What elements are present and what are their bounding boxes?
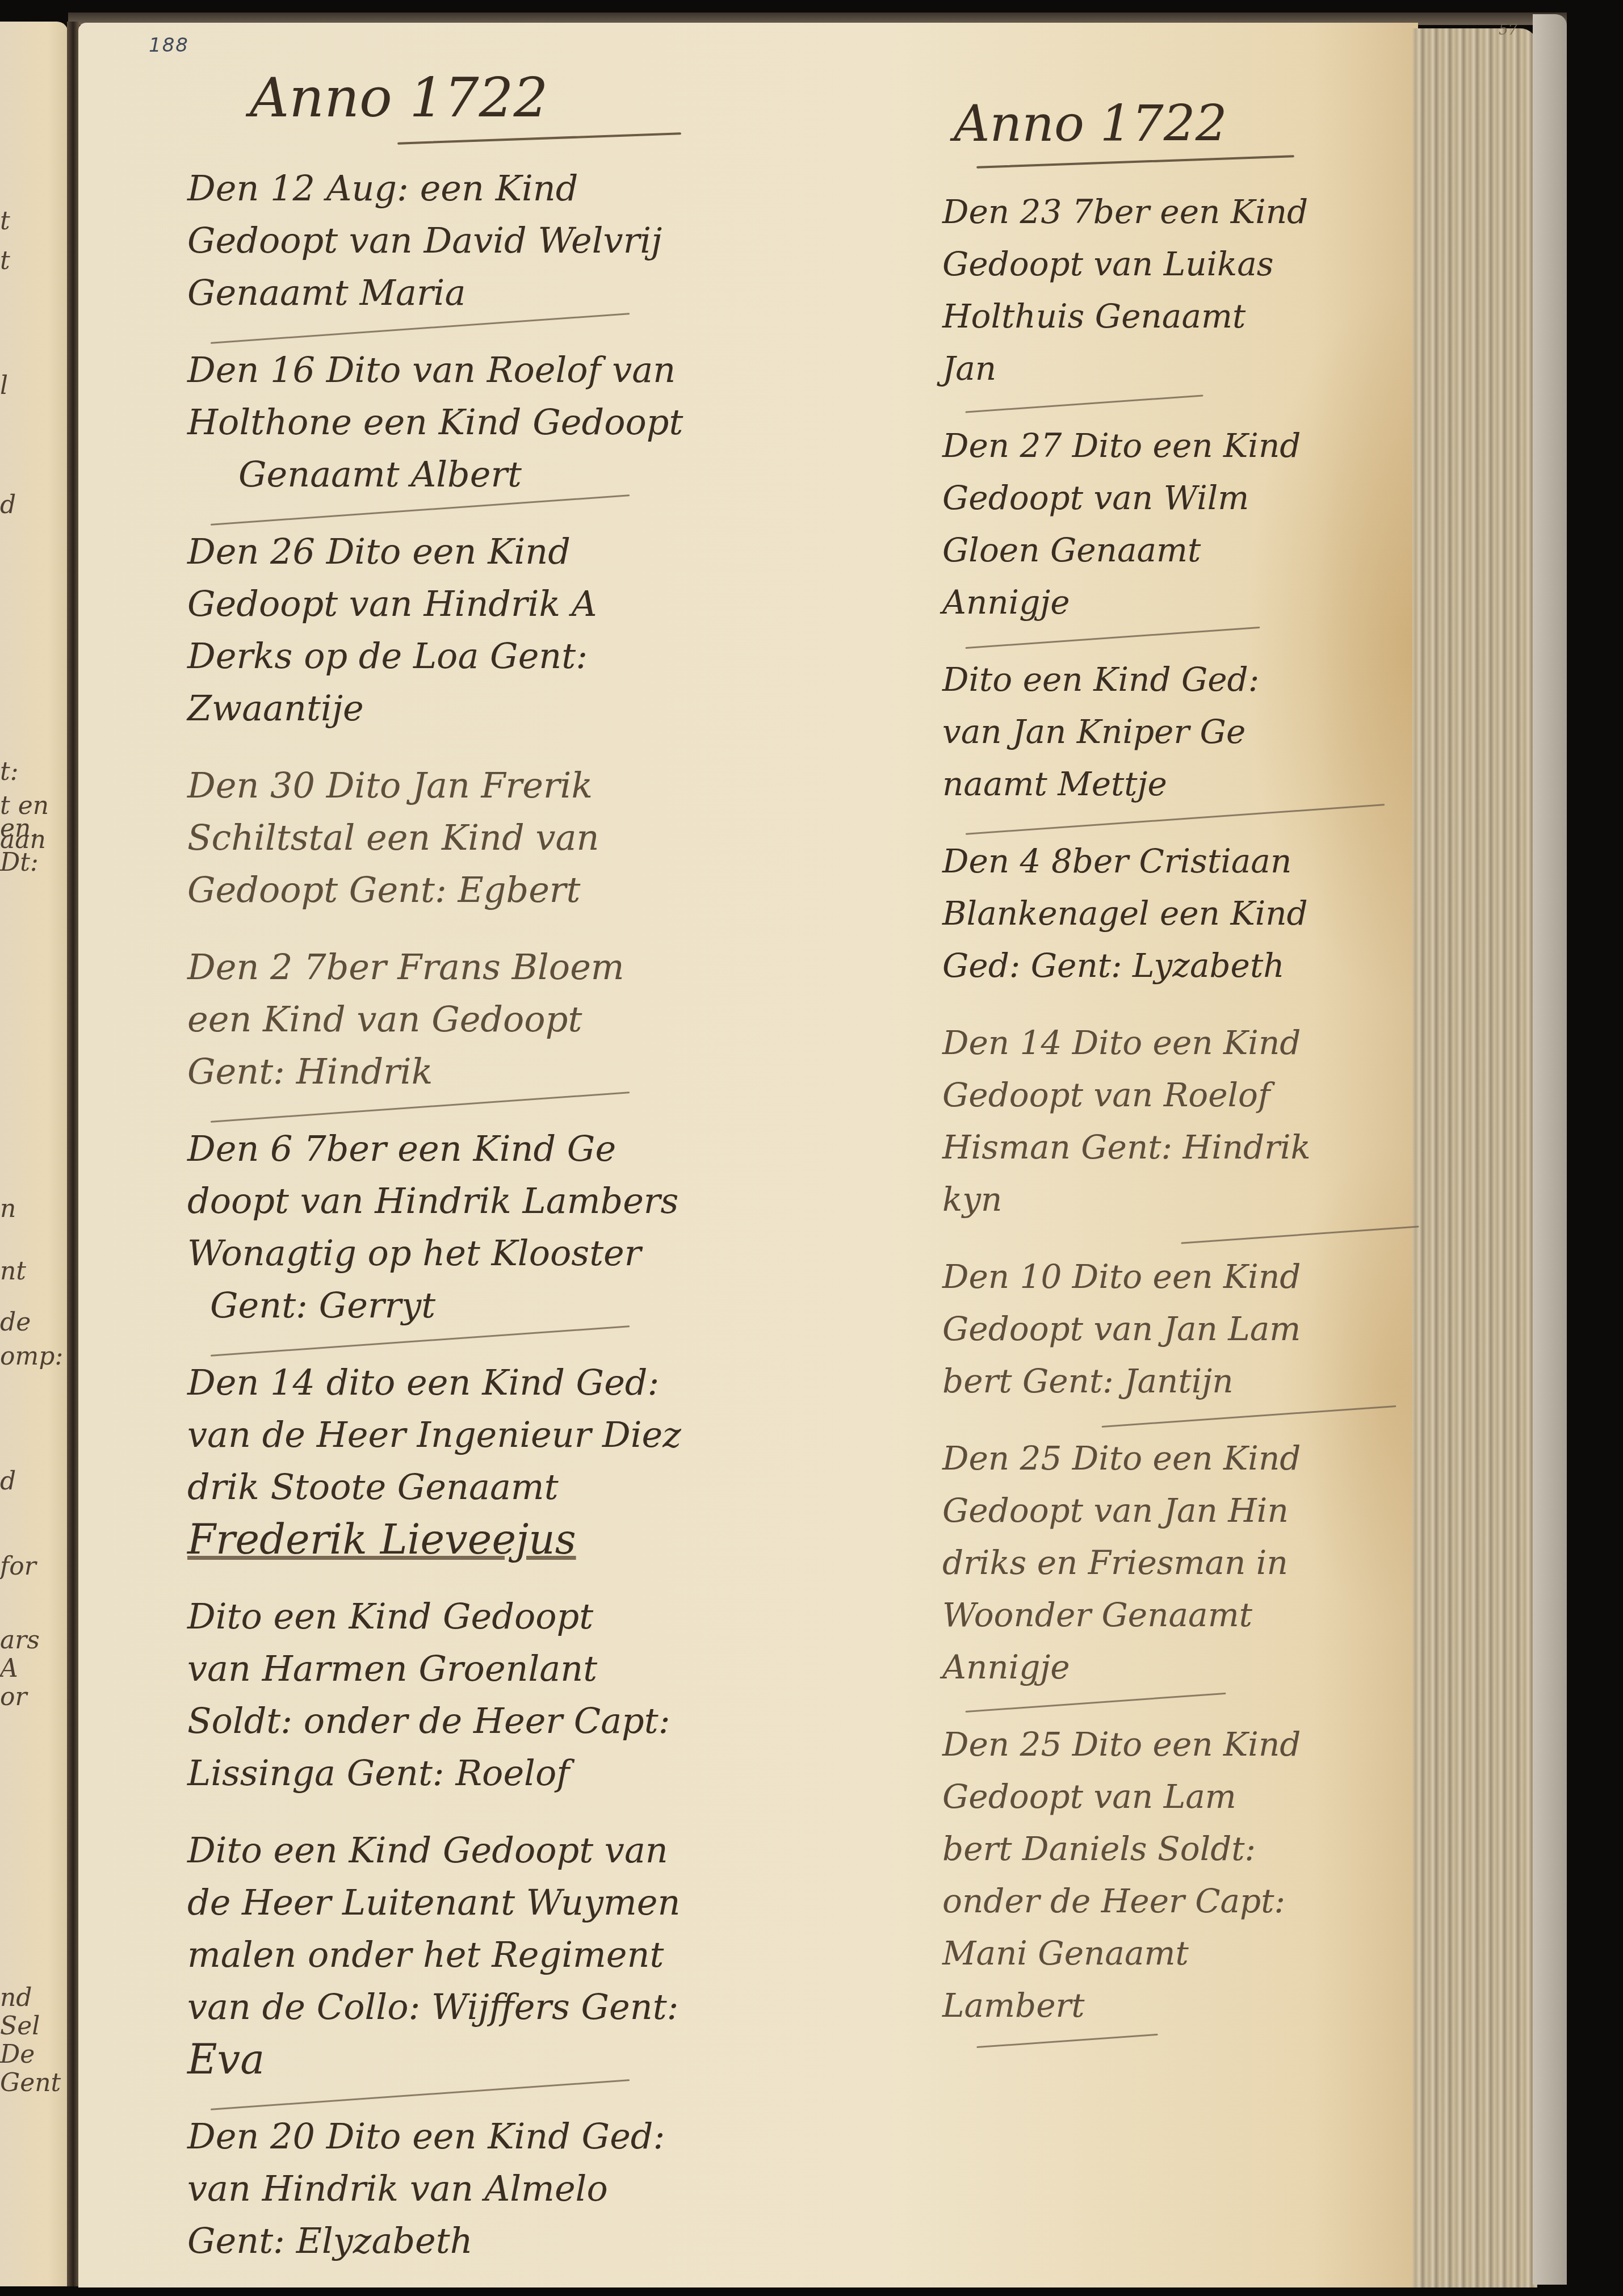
entry-line: Wonagtig op het Klooster bbox=[187, 1227, 903, 1279]
margin-fragment: De bbox=[0, 2042, 62, 2067]
entry-line: Gedoopt van Jan Hin bbox=[942, 1484, 1499, 1537]
entry-line: Den 26 Dito een Kind bbox=[187, 526, 903, 578]
baptism-entry: Dito een Kind Ged: van Jan Kniper Ge naa… bbox=[942, 653, 1499, 820]
entry-line: Dito een Kind Ged: bbox=[942, 653, 1499, 706]
year-heading: Anno 1722 bbox=[954, 96, 1499, 163]
corner-mark: 57 bbox=[1499, 22, 1517, 39]
entry-line: Soldt: onder de Heer Capt: bbox=[187, 1695, 903, 1747]
baptism-entry: Den 30 Dito Jan Frerik Schiltstal een Ki… bbox=[187, 759, 903, 926]
margin-fragment: d bbox=[0, 1469, 62, 1494]
entry-line: Den 16 Dito van Roelof van bbox=[187, 344, 903, 396]
margin-fragment: n bbox=[0, 1197, 62, 1222]
entry-line: Gedoopt van Roelof bbox=[942, 1069, 1499, 1121]
entry-divider bbox=[966, 627, 1260, 649]
margin-fragment: l bbox=[0, 373, 62, 398]
entry-line: Dito een Kind Gedoopt bbox=[187, 1590, 903, 1643]
entry-line: Gedoopt van Luikas bbox=[942, 238, 1499, 290]
entry-line: Lambert bbox=[942, 1979, 1499, 2031]
entry-line: Den 14 Dito een Kind bbox=[942, 1017, 1499, 1069]
entry-line: naamt Mettje bbox=[942, 758, 1499, 810]
entry-line: de Heer Luitenant Wuymen bbox=[187, 1877, 903, 1929]
entry-line: malen onder het Regiment bbox=[187, 1929, 903, 1981]
entry-divider bbox=[965, 1693, 1226, 1712]
entry-line: van de Heer Ingenieur Diez bbox=[187, 1409, 903, 1461]
entry-line: Holthuis Genaamt bbox=[942, 290, 1499, 342]
entry-line: driks en Friesman in bbox=[942, 1537, 1499, 1589]
entry-line: onder de Heer Capt: bbox=[942, 1875, 1499, 1927]
margin-fragment: d bbox=[0, 493, 62, 518]
entry-line: Holthone een Kind Gedoopt bbox=[187, 396, 903, 448]
entry-divider bbox=[976, 2034, 1158, 2048]
entry-line: van Harmen Groenlant bbox=[187, 1643, 903, 1695]
entry-divider bbox=[1181, 1225, 1419, 1244]
baptism-entry: Den 25 Dito een Kind Gedoopt van Lam ber… bbox=[942, 1718, 1499, 2042]
margin-fragment: t en bbox=[0, 794, 62, 818]
baptism-entry: Den 20 Dito een Kind Ged: van Hindrik va… bbox=[187, 2110, 903, 2277]
entry-line: Schiltstal een Kind van bbox=[187, 812, 903, 864]
margin-fragment: or bbox=[0, 1685, 62, 1710]
entry-line: Den 27 Dito een Kind bbox=[942, 419, 1499, 472]
left-column: Anno 1722 Den 12 Aug: een Kind Gedoopt v… bbox=[187, 68, 903, 2292]
entry-line: Den 23 7ber een Kind bbox=[942, 186, 1499, 238]
entry-line: drik Stoote Genaamt bbox=[187, 1461, 903, 1513]
baptism-entry: Den 2 7ber Frans Bloem een Kind van Gedo… bbox=[187, 941, 903, 1108]
margin-fragment: Gent: bbox=[0, 2071, 62, 2096]
margin-fragment: Dt: bbox=[0, 850, 62, 875]
child-name-underlined: Frederik Lieveejus bbox=[187, 1513, 903, 1565]
entry-line: Den 30 Dito Jan Frerik bbox=[187, 759, 903, 812]
entry-line: Ged: Gent: Lyzabeth bbox=[942, 939, 1499, 992]
baptism-entry: Den 16 Dito van Roelof van Holthone een … bbox=[187, 344, 903, 511]
entry-line: Den 25 Dito een Kind bbox=[942, 1718, 1499, 1770]
baptism-entry: Den 26 Dito een Kind Gedoopt van Hindrik… bbox=[187, 526, 903, 745]
entry-line: Den 25 Dito een Kind bbox=[942, 1432, 1499, 1484]
entry-line: Gent: Gerryt bbox=[187, 1279, 903, 1332]
entry-line: Gedoopt van David Welvrij bbox=[187, 215, 903, 267]
entry-line: Genaamt Albert bbox=[187, 448, 903, 501]
entry-line: Gedoopt Gent: Egbert bbox=[187, 864, 903, 916]
book-gutter bbox=[67, 22, 79, 2286]
entry-line: Annigje bbox=[942, 1641, 1499, 1693]
entry-line: Mani Genaamt bbox=[942, 1927, 1499, 1979]
baptism-entry: Den 14 dito een Kind Ged: van de Heer In… bbox=[187, 1357, 903, 1576]
folio-number: 188 bbox=[149, 34, 189, 57]
margin-fragment: omp: bbox=[0, 1344, 62, 1369]
entry-line: Dito een Kind Gedoopt van bbox=[187, 1824, 903, 1877]
baptism-entry: Den 12 Aug: een Kind Gedoopt van David W… bbox=[187, 162, 903, 329]
entry-line: Den 6 7ber een Kind Ge bbox=[187, 1123, 903, 1175]
entry-line: Woonder Genaamt bbox=[942, 1589, 1499, 1641]
baptism-entry: Dito een Kind Gedoopt van de Heer Luiten… bbox=[187, 1824, 903, 2096]
baptism-entry: Den 27 Dito een Kind Gedoopt van Wilm Gl… bbox=[942, 419, 1499, 639]
baptism-entry: Den 6 7ber een Kind Ge doopt van Hindrik… bbox=[187, 1123, 903, 1342]
entry-line: Den 12 Aug: een Kind bbox=[187, 162, 903, 215]
margin-fragment: t: bbox=[0, 759, 62, 784]
entry-line: Gloen Genaamt bbox=[942, 524, 1499, 576]
entry-line: Gent: Elyzabeth bbox=[187, 2215, 903, 2267]
margin-fragment: t bbox=[0, 249, 62, 274]
entry-line: van Jan Kniper Ge bbox=[942, 706, 1499, 758]
margin-fragment: A bbox=[0, 1656, 62, 1681]
entry-line: Jan bbox=[942, 342, 1499, 394]
facing-left-page: t t l d t: t en en. aan Dt: n nt de omp:… bbox=[0, 22, 68, 2286]
baptism-entry: Den 25 Dito een Kind Gedoopt van Jan Hin… bbox=[942, 1432, 1499, 1703]
right-column: Anno 1722 Den 23 7ber een Kind Gedoopt v… bbox=[942, 96, 1499, 2056]
margin-fragment: nt bbox=[0, 1259, 62, 1284]
entry-line: Lissinga Gent: Roelof bbox=[187, 1747, 903, 1799]
entry-line: Den 14 dito een Kind Ged: bbox=[187, 1357, 903, 1409]
entry-line: Den 10 Dito een Kind bbox=[942, 1250, 1499, 1303]
entry-line: Hisman Gent: Hindrik bbox=[942, 1121, 1499, 1173]
entry-divider bbox=[965, 394, 1203, 413]
baptism-entry: Dito een Kind Gedoopt van Harmen Groenla… bbox=[187, 1590, 903, 1810]
margin-fragment: for bbox=[0, 1554, 62, 1579]
entry-line: Blankenagel een Kind bbox=[942, 887, 1499, 939]
vellum-cover bbox=[1533, 14, 1567, 2285]
entry-line: van de Collo: Wijffers Gent: bbox=[187, 1981, 903, 2033]
margin-fragment: nd bbox=[0, 1986, 62, 2010]
entry-line: Gedoopt van Lam bbox=[942, 1770, 1499, 1823]
entry-line: van Hindrik van Almelo bbox=[187, 2163, 903, 2215]
entry-divider bbox=[1102, 1405, 1396, 1428]
year-heading: Anno 1722 bbox=[250, 68, 903, 140]
baptism-entry: Den 23 7ber een Kind Gedoopt van Luikas … bbox=[942, 186, 1499, 405]
margin-fragment: ars bbox=[0, 1628, 62, 1653]
entry-line: Den 4 8ber Cristiaan bbox=[942, 835, 1499, 887]
entry-line: Gedoopt van Hindrik A bbox=[187, 578, 903, 630]
entry-line: Annigje bbox=[942, 576, 1499, 628]
entry-line: Zwaantije bbox=[187, 682, 903, 734]
baptism-entry: Den 4 8ber Cristiaan Blankenagel een Kin… bbox=[942, 835, 1499, 1002]
entry-line: Den 20 Dito een Kind Ged: bbox=[187, 2110, 903, 2163]
baptism-entry: Den 10 Dito een Kind Gedoopt van Jan Lam… bbox=[942, 1250, 1499, 1417]
entry-line: Genaamt Maria bbox=[187, 267, 903, 319]
entry-line: Eva bbox=[187, 2033, 903, 2085]
margin-fragment: de bbox=[0, 1310, 62, 1335]
baptism-entry: Den 14 Dito een Kind Gedoopt van Roelof … bbox=[942, 1017, 1499, 1236]
entry-line: Gent: Hindrik bbox=[187, 1046, 903, 1098]
entry-line: bert Gent: Jantijn bbox=[942, 1355, 1499, 1407]
entry-line: Derks op de Loa Gent: bbox=[187, 630, 903, 682]
margin-fragment: Sel bbox=[0, 2014, 62, 2039]
entry-line: doopt van Hindrik Lambers bbox=[187, 1175, 903, 1227]
margin-fragment: aan bbox=[0, 828, 62, 853]
entry-line: Gedoopt van Jan Lam bbox=[942, 1303, 1499, 1355]
entry-line: een Kind van Gedoopt bbox=[187, 993, 903, 1046]
margin-fragment: t bbox=[0, 209, 62, 234]
entry-line: bert Daniels Soldt: bbox=[942, 1823, 1499, 1875]
entry-line: Den 2 7ber Frans Bloem bbox=[187, 941, 903, 993]
entry-line: kyn bbox=[942, 1173, 1499, 1225]
entry-line: Gedoopt van Wilm bbox=[942, 472, 1499, 524]
